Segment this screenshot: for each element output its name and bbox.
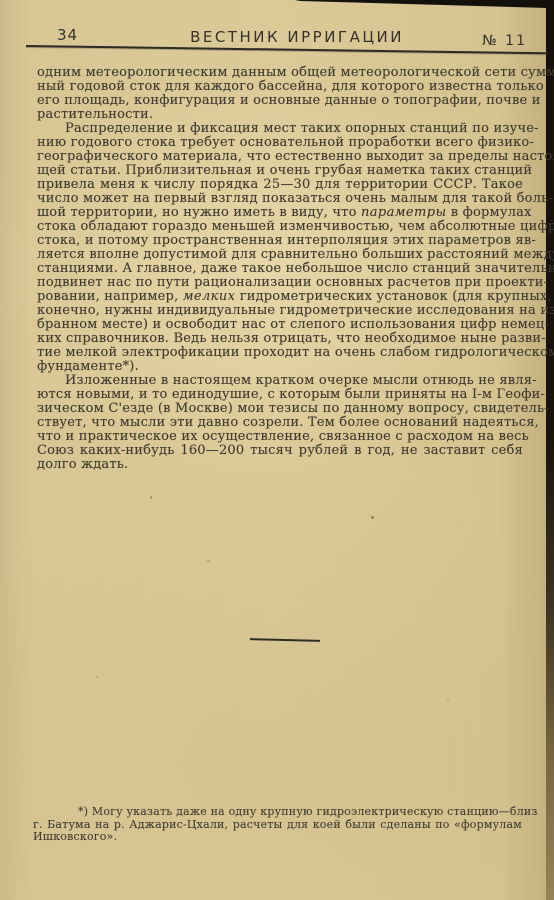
text-line: ких справочников. Ведь нельзя отрицать, … <box>37 332 523 346</box>
text-line: стока обладают гораздо меньшей изменчиво… <box>37 220 523 234</box>
paper-speck <box>96 676 98 678</box>
scanned-journal-page: 34 ВЕСТНИК ИРРИГАЦИИ № 11 одним метеорол… <box>0 0 554 900</box>
footnote-text: *) Могу указать даже на одну крупную гид… <box>33 806 522 844</box>
text-line: бранном месте) и освободит нас от слепог… <box>37 318 523 332</box>
paper-speck <box>447 700 449 702</box>
paragraph: Распределение и фиксация мест таких опор… <box>37 122 523 374</box>
text-line: щей статьи. Приблизительная и очень груб… <box>37 164 523 178</box>
text-line: Союз каких-нибудь 160—200 тысяч рублей в… <box>37 444 523 458</box>
journal-title: ВЕСТНИК ИРРИГАЦИИ <box>40 28 554 46</box>
text-line: Изложенные в настоящем кратком очерке мы… <box>37 374 523 388</box>
text-line: нию годового стока требует основательной… <box>37 136 523 150</box>
text-line: станциями. А главное, даже такое небольш… <box>37 262 523 276</box>
scan-edge-top <box>295 0 548 8</box>
text-line: ный годовой сток для каждого бассейна, д… <box>37 80 523 94</box>
body-text: одним метеорологическим данным общей мет… <box>37 66 523 472</box>
paragraph: одним метеорологическим данным общей мет… <box>37 66 523 122</box>
issue-number: № 11 <box>482 33 527 49</box>
text-line: подвинет нас по пути рационализации осно… <box>37 276 523 290</box>
paper-speck <box>371 516 374 519</box>
text-line: одним метеорологическим данным общей мет… <box>37 66 523 80</box>
footnote-line: *) Могу указать даже на одну крупную гид… <box>33 806 522 819</box>
text-line: долго ждать. <box>37 458 523 472</box>
text-line: что и практическое их осуществление, свя… <box>37 430 523 444</box>
header-rule <box>26 45 548 54</box>
text-line: ляется вполне допустимой для сравнительн… <box>37 248 523 262</box>
scan-edge-right <box>546 0 554 900</box>
text-line: число может на первый взгляд показаться … <box>37 192 523 206</box>
text-line: ровании, например, мелких гидрометрическ… <box>37 290 523 304</box>
footnote-line: Ишковского». <box>33 831 522 844</box>
text-line: конечно, нужны индивидуальные гидрометри… <box>37 304 523 318</box>
section-divider <box>250 638 320 642</box>
text-line: растительности. <box>37 108 523 122</box>
text-line: стока, и потому пространственная интерпо… <box>37 234 523 248</box>
text-line: зическом С'езде (в Москве) мои тезисы по… <box>37 402 523 416</box>
paragraph: Изложенные в настоящем кратком очерке мы… <box>37 374 523 472</box>
text-line: шой территории, но нужно иметь в виду, ч… <box>37 206 523 220</box>
paper-speck <box>150 496 152 499</box>
text-line: фундаменте*). <box>37 360 523 374</box>
paper-speck <box>207 560 210 562</box>
text-line: Распределение и фиксация мест таких опор… <box>37 122 523 136</box>
text-line: ствует, что мысли эти давно созрели. Тем… <box>37 416 523 430</box>
text-line: географического материала, что естествен… <box>37 150 523 164</box>
text-line: привела меня к числу порядка 25—30 для т… <box>37 178 523 192</box>
text-line: тие мелкой электрофикации проходит на оч… <box>37 346 523 360</box>
text-line: ются новыми, и то единодушие, с которым … <box>37 388 523 402</box>
text-line: его площадь, конфигурация и основные дан… <box>37 94 523 108</box>
